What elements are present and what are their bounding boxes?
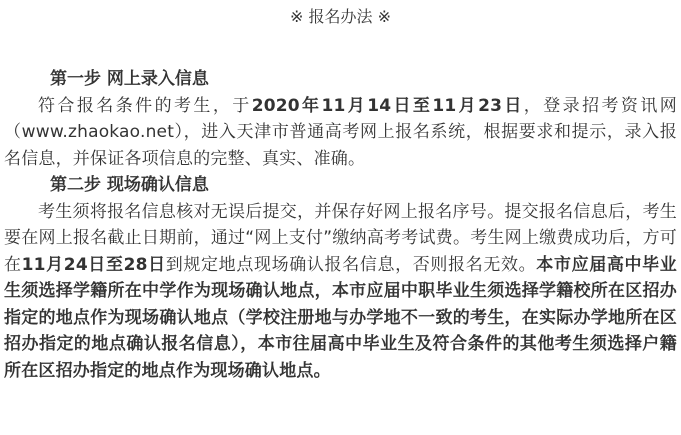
step2-text-middle: 到规定地点现场确认报名信息，否则报名无效。	[166, 255, 537, 275]
step1-heading: 第一步 网上录入信息	[4, 66, 677, 93]
document: ※ 报名办法 ※ 第一步 网上录入信息 符合报名条件的考生，于2020年11月1…	[0, 4, 681, 384]
step1-text-before: 符合报名条件的考生，于	[38, 96, 252, 116]
step2-date: 11月24日至28日	[22, 255, 166, 275]
section-title: ※ 报名办法 ※	[4, 4, 677, 30]
step1-date: 2020年11月14日至11月23日	[252, 96, 524, 116]
step2-paragraph: 考生须将报名信息核对无误后提交，并保存好网上报名序号。提交报名信息后，考生要在网…	[4, 199, 677, 385]
spacer	[4, 30, 677, 66]
step1-paragraph: 符合报名条件的考生，于2020年11月14日至11月23日，登录招考资讯网（ww…	[4, 93, 677, 173]
step2-heading: 第二步 现场确认信息	[4, 172, 677, 199]
